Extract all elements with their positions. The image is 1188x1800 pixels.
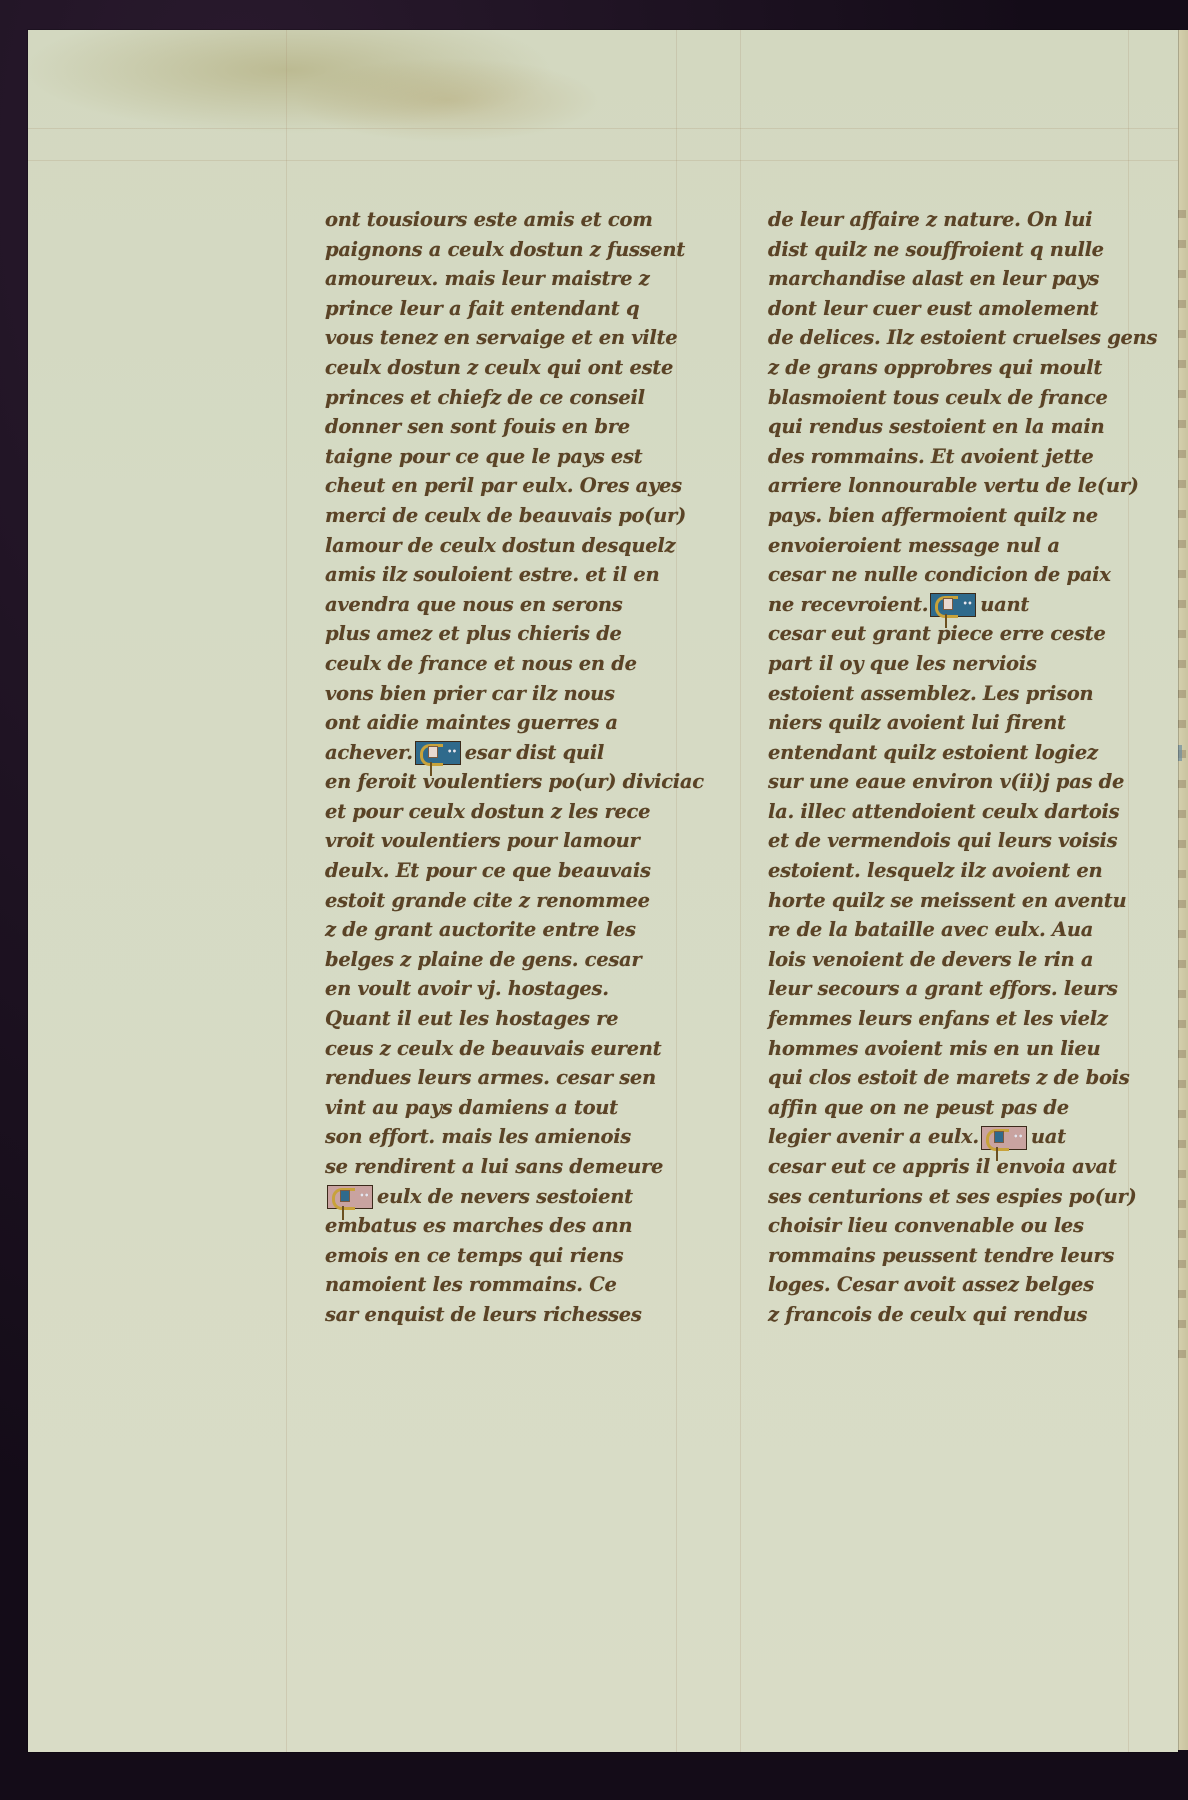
text-line: sur une eaue environ v(ii)j pas de	[768, 767, 1138, 797]
text-line: des rommains. Et avoient jette	[768, 442, 1138, 472]
text-line: loges. Cesar avoit assez belges	[768, 1270, 1138, 1300]
line-text: ceulx dostun z ceulx qui ont este	[325, 356, 673, 379]
text-line: estoit grande cite z renommee	[325, 886, 695, 916]
text-line: donner sen sont fouis en bre	[325, 412, 695, 442]
text-line: taigne pour ce que le pays est	[325, 442, 695, 472]
initial-dots: ••	[447, 747, 457, 755]
initial-following-text: eulx de nevers sestoient	[377, 1185, 633, 1208]
line-text: en voult avoir vj. hostages.	[325, 977, 609, 1000]
line-text: estoient assemblez. Les prison	[768, 682, 1093, 705]
text-line: paignons a ceulx dostun z fussent	[325, 235, 695, 265]
line-text: des rommains. Et avoient jette	[768, 445, 1093, 468]
text-line: marchandise alast en leur pays	[768, 264, 1138, 294]
line-text: hommes avoient mis en un lieu	[768, 1037, 1100, 1060]
line-text: vint au pays damiens a tout	[325, 1096, 618, 1119]
line-text: femmes leurs enfans et les vielz	[768, 1007, 1108, 1030]
text-line: sar enquist de leurs richesses	[325, 1300, 695, 1330]
line-text: qui clos estoit de marets z de bois	[768, 1066, 1129, 1089]
line-text: deulx. Et pour ce que beauvais	[325, 859, 651, 882]
initial-tail	[945, 614, 947, 628]
text-line: entendant quilz estoient logiez	[768, 738, 1138, 768]
line-text: Quant il eut les hostages re	[325, 1007, 618, 1030]
text-line: lamour de ceulx dostun desquelz	[325, 531, 695, 561]
text-line: ses centurions et ses espies po(ur)	[768, 1182, 1138, 1212]
line-text: horte quilz se meissent en aventu	[768, 889, 1126, 912]
illuminated-initial-icon: ••	[327, 1185, 373, 1209]
line-text: merci de ceulx de beauvais po(ur)	[325, 504, 686, 527]
line-text: ne recevroient.	[768, 593, 928, 616]
line-text: estoient. lesquelz ilz avoient en	[768, 859, 1102, 882]
text-line: vons bien prier car ilz nous	[325, 679, 695, 709]
line-text: taigne pour ce que le pays est	[325, 445, 642, 468]
line-text: paignons a ceulx dostun z fussent	[325, 238, 685, 261]
text-line: pays. bien affermoient quilz ne	[768, 501, 1138, 531]
line-text: ont tousiours este amis et com	[325, 208, 653, 231]
text-line: cesar eut grant piece erre ceste	[768, 619, 1138, 649]
text-line: ne recevroient.••uant	[768, 590, 1138, 620]
line-text: emois en ce temps qui riens	[325, 1244, 623, 1267]
text-line: rommains peussent tendre leurs	[768, 1241, 1138, 1271]
line-text: lamour de ceulx dostun desquelz	[325, 534, 675, 557]
line-text: achever.	[325, 741, 413, 764]
line-text: embatus es marches des ann	[325, 1214, 632, 1237]
text-line: horte quilz se meissent en aventu	[768, 886, 1138, 916]
line-text: sar enquist de leurs richesses	[325, 1303, 642, 1326]
line-text: vons bien prier car ilz nous	[325, 682, 615, 705]
line-text: qui rendus sestoient en la main	[768, 415, 1104, 438]
line-text: avendra que nous en serons	[325, 593, 622, 616]
text-line: plus amez et plus chieris de	[325, 619, 695, 649]
text-line: ceulx de france et nous en de	[325, 649, 695, 679]
text-line: part il oy que les nerviois	[768, 649, 1138, 679]
text-line: la. illec attendoient ceulx dartois	[768, 797, 1138, 827]
line-text: z de grant auctorite entre les	[325, 918, 636, 941]
line-text: entendant quilz estoient logiez	[768, 741, 1098, 764]
line-text: affin que on ne peust pas de	[768, 1096, 1069, 1119]
line-text: envoieroient message nul a	[768, 534, 1060, 557]
text-line: namoient les rommains. Ce	[325, 1270, 695, 1300]
text-line: affin que on ne peust pas de	[768, 1093, 1138, 1123]
line-text: plus amez et plus chieris de	[325, 622, 622, 645]
line-text: niers quilz avoient lui firent	[768, 711, 1066, 734]
initial-following-text: uat	[1031, 1125, 1066, 1148]
ruling-line	[286, 30, 287, 1752]
text-line: qui clos estoit de marets z de bois	[768, 1063, 1138, 1093]
line-text: vroit voulentiers pour lamour	[325, 829, 640, 852]
line-text: arriere lonnourable vertu de le(ur)	[768, 474, 1139, 497]
text-line: ceulx dostun z ceulx qui ont este	[325, 353, 695, 383]
line-text: de delices. Ilz estoient cruelses gens	[768, 326, 1157, 349]
text-line: qui rendus sestoient en la main	[768, 412, 1138, 442]
text-line: estoient. lesquelz ilz avoient en	[768, 856, 1138, 886]
text-line: amis ilz souloient estre. et il en	[325, 560, 695, 590]
line-text: marchandise alast en leur pays	[768, 267, 1099, 290]
line-text: amoureux. mais leur maistre z	[325, 267, 650, 290]
text-line: dist quilz ne souffroient q nulle	[768, 235, 1138, 265]
line-text: rommains peussent tendre leurs	[768, 1244, 1114, 1267]
line-text: amis ilz souloient estre. et il en	[325, 563, 659, 586]
line-text: et de vermendois qui leurs voisis	[768, 829, 1117, 852]
text-line: envoieroient message nul a	[768, 531, 1138, 561]
text-line: et de vermendois qui leurs voisis	[768, 826, 1138, 856]
text-line: et pour ceulx dostun z les rece	[325, 797, 695, 827]
text-line: belges z plaine de gens. cesar	[325, 945, 695, 975]
initial-inset	[428, 746, 438, 758]
text-line: ont tousiours este amis et com	[325, 205, 695, 235]
initial-tail	[996, 1147, 998, 1161]
text-line: amoureux. mais leur maistre z	[325, 264, 695, 294]
line-text: cesar eut ce appris il envoia avat	[768, 1155, 1117, 1178]
text-line: legier avenir a eulx.••uat	[768, 1122, 1138, 1152]
text-line: de leur affaire z nature. On lui	[768, 205, 1138, 235]
text-line: en feroit voulentiers po(ur) diviciac	[325, 767, 695, 797]
manuscript-leaf: ont tousiours este amis et compaignons a…	[28, 30, 1178, 1752]
text-line: Quant il eut les hostages re	[325, 1004, 695, 1034]
illuminated-initial-icon: ••	[415, 741, 461, 765]
initial-tail	[342, 1206, 344, 1220]
initial-following-text: esar dist quil	[465, 741, 604, 764]
initial-dots: ••	[359, 1191, 369, 1199]
text-line: re de la bataille avec eulx. Aua	[768, 915, 1138, 945]
line-text: belges z plaine de gens. cesar	[325, 948, 641, 971]
text-line: niers quilz avoient lui firent	[768, 708, 1138, 738]
ruling-line	[28, 128, 1178, 129]
text-line: estoient assemblez. Les prison	[768, 679, 1138, 709]
line-text: blasmoient tous ceulx de france	[768, 386, 1108, 409]
line-text: princes et chiefz de ce conseil	[325, 386, 645, 409]
line-text: cheut en peril par eulx. Ores ayes	[325, 474, 682, 497]
text-line: merci de ceulx de beauvais po(ur)	[325, 501, 695, 531]
initial-dots: ••	[963, 599, 973, 607]
line-text: cesar eut grant piece erre ceste	[768, 622, 1106, 645]
text-line: cesar eut ce appris il envoia avat	[768, 1152, 1138, 1182]
line-text: prince leur a fait entendant q	[325, 297, 639, 320]
illuminated-initial-icon: ••	[930, 593, 976, 617]
line-text: estoit grande cite z renommee	[325, 889, 650, 912]
line-text: legier avenir a eulx.	[768, 1125, 979, 1148]
line-text: vous tenez en servaige et en vilte	[325, 326, 677, 349]
text-line: achever.••esar dist quil	[325, 738, 695, 768]
text-line: dont leur cuer eust amolement	[768, 294, 1138, 324]
line-text: pays. bien affermoient quilz ne	[768, 504, 1098, 527]
line-text: re de la bataille avec eulx. Aua	[768, 918, 1093, 941]
text-line: prince leur a fait entendant q	[325, 294, 695, 324]
text-line: de delices. Ilz estoient cruelses gens	[768, 323, 1138, 353]
line-text: part il oy que les nerviois	[768, 652, 1037, 675]
line-text: sur une eaue environ v(ii)j pas de	[768, 770, 1124, 793]
text-line: se rendirent a lui sans demeure	[325, 1152, 695, 1182]
ruling-line	[740, 30, 741, 1752]
line-text: namoient les rommains. Ce	[325, 1273, 617, 1296]
line-text: son effort. mais les amienois	[325, 1125, 631, 1148]
text-line: ont aidie maintes guerres a	[325, 708, 695, 738]
illuminated-initial-icon: ••	[981, 1126, 1027, 1150]
text-line: rendues leurs armes. cesar sen	[325, 1063, 695, 1093]
text-line: ceus z ceulx de beauvais eurent	[325, 1034, 695, 1064]
initial-following-text: uant	[980, 593, 1029, 616]
text-line: z francois de ceulx qui rendus	[768, 1300, 1138, 1330]
line-text: la. illec attendoient ceulx dartois	[768, 800, 1119, 823]
initial-inset	[943, 598, 953, 610]
line-text: donner sen sont fouis en bre	[325, 415, 630, 438]
line-text: choisir lieu convenable ou les	[768, 1214, 1084, 1237]
line-text: en feroit voulentiers po(ur) diviciac	[325, 770, 704, 793]
line-text: ceulx de france et nous en de	[325, 652, 637, 675]
text-line: son effort. mais les amienois	[325, 1122, 695, 1152]
line-text: lois venoient de devers le rin a	[768, 948, 1093, 971]
ruling-line	[28, 160, 1178, 161]
text-line: vous tenez en servaige et en vilte	[325, 323, 695, 353]
initial-tail	[430, 762, 432, 776]
line-text: se rendirent a lui sans demeure	[325, 1155, 663, 1178]
text-line: blasmoient tous ceulx de france	[768, 383, 1138, 413]
text-line: deulx. Et pour ce que beauvais	[325, 856, 695, 886]
line-text: de leur affaire z nature. On lui	[768, 208, 1092, 231]
text-line: emois en ce temps qui riens	[325, 1241, 695, 1271]
text-line: z de grant auctorite entre les	[325, 915, 695, 945]
line-text: loges. Cesar avoit assez belges	[768, 1273, 1094, 1296]
text-line: cesar ne nulle condicion de paix	[768, 560, 1138, 590]
text-line: arriere lonnourable vertu de le(ur)	[768, 471, 1138, 501]
line-text: cesar ne nulle condicion de paix	[768, 563, 1111, 586]
right-column: de leur affaire z nature. On luidist qui…	[768, 205, 1138, 1330]
line-text: dist quilz ne souffroient q nulle	[768, 238, 1104, 261]
text-line: embatus es marches des ann	[325, 1211, 695, 1241]
text-line: vroit voulentiers pour lamour	[325, 826, 695, 856]
line-text: et pour ceulx dostun z les rece	[325, 800, 650, 823]
text-line: ••eulx de nevers sestoient	[325, 1182, 695, 1212]
line-text: z de grans opprobres qui moult	[768, 356, 1102, 379]
line-text: ses centurions et ses espies po(ur)	[768, 1185, 1136, 1208]
text-line: cheut en peril par eulx. Ores ayes	[325, 471, 695, 501]
left-column: ont tousiours este amis et compaignons a…	[325, 205, 695, 1330]
line-text: dont leur cuer eust amolement	[768, 297, 1098, 320]
text-line: avendra que nous en serons	[325, 590, 695, 620]
text-line: princes et chiefz de ce conseil	[325, 383, 695, 413]
line-text: rendues leurs armes. cesar sen	[325, 1066, 656, 1089]
line-text: z francois de ceulx qui rendus	[768, 1303, 1087, 1326]
text-line: z de grans opprobres qui moult	[768, 353, 1138, 383]
line-text: ont aidie maintes guerres a	[325, 711, 618, 734]
text-line: lois venoient de devers le rin a	[768, 945, 1138, 975]
text-line: hommes avoient mis en un lieu	[768, 1034, 1138, 1064]
text-line: femmes leurs enfans et les vielz	[768, 1004, 1138, 1034]
line-text: ceus z ceulx de beauvais eurent	[325, 1037, 661, 1060]
initial-inset	[340, 1190, 350, 1202]
initial-inset	[994, 1131, 1004, 1143]
text-line: en voult avoir vj. hostages.	[325, 974, 695, 1004]
text-line: choisir lieu convenable ou les	[768, 1211, 1138, 1241]
text-line: leur secours a grant effors. leurs	[768, 974, 1138, 1004]
initial-dots: ••	[1013, 1132, 1023, 1140]
line-text: leur secours a grant effors. leurs	[768, 977, 1118, 1000]
text-line: vint au pays damiens a tout	[325, 1093, 695, 1123]
